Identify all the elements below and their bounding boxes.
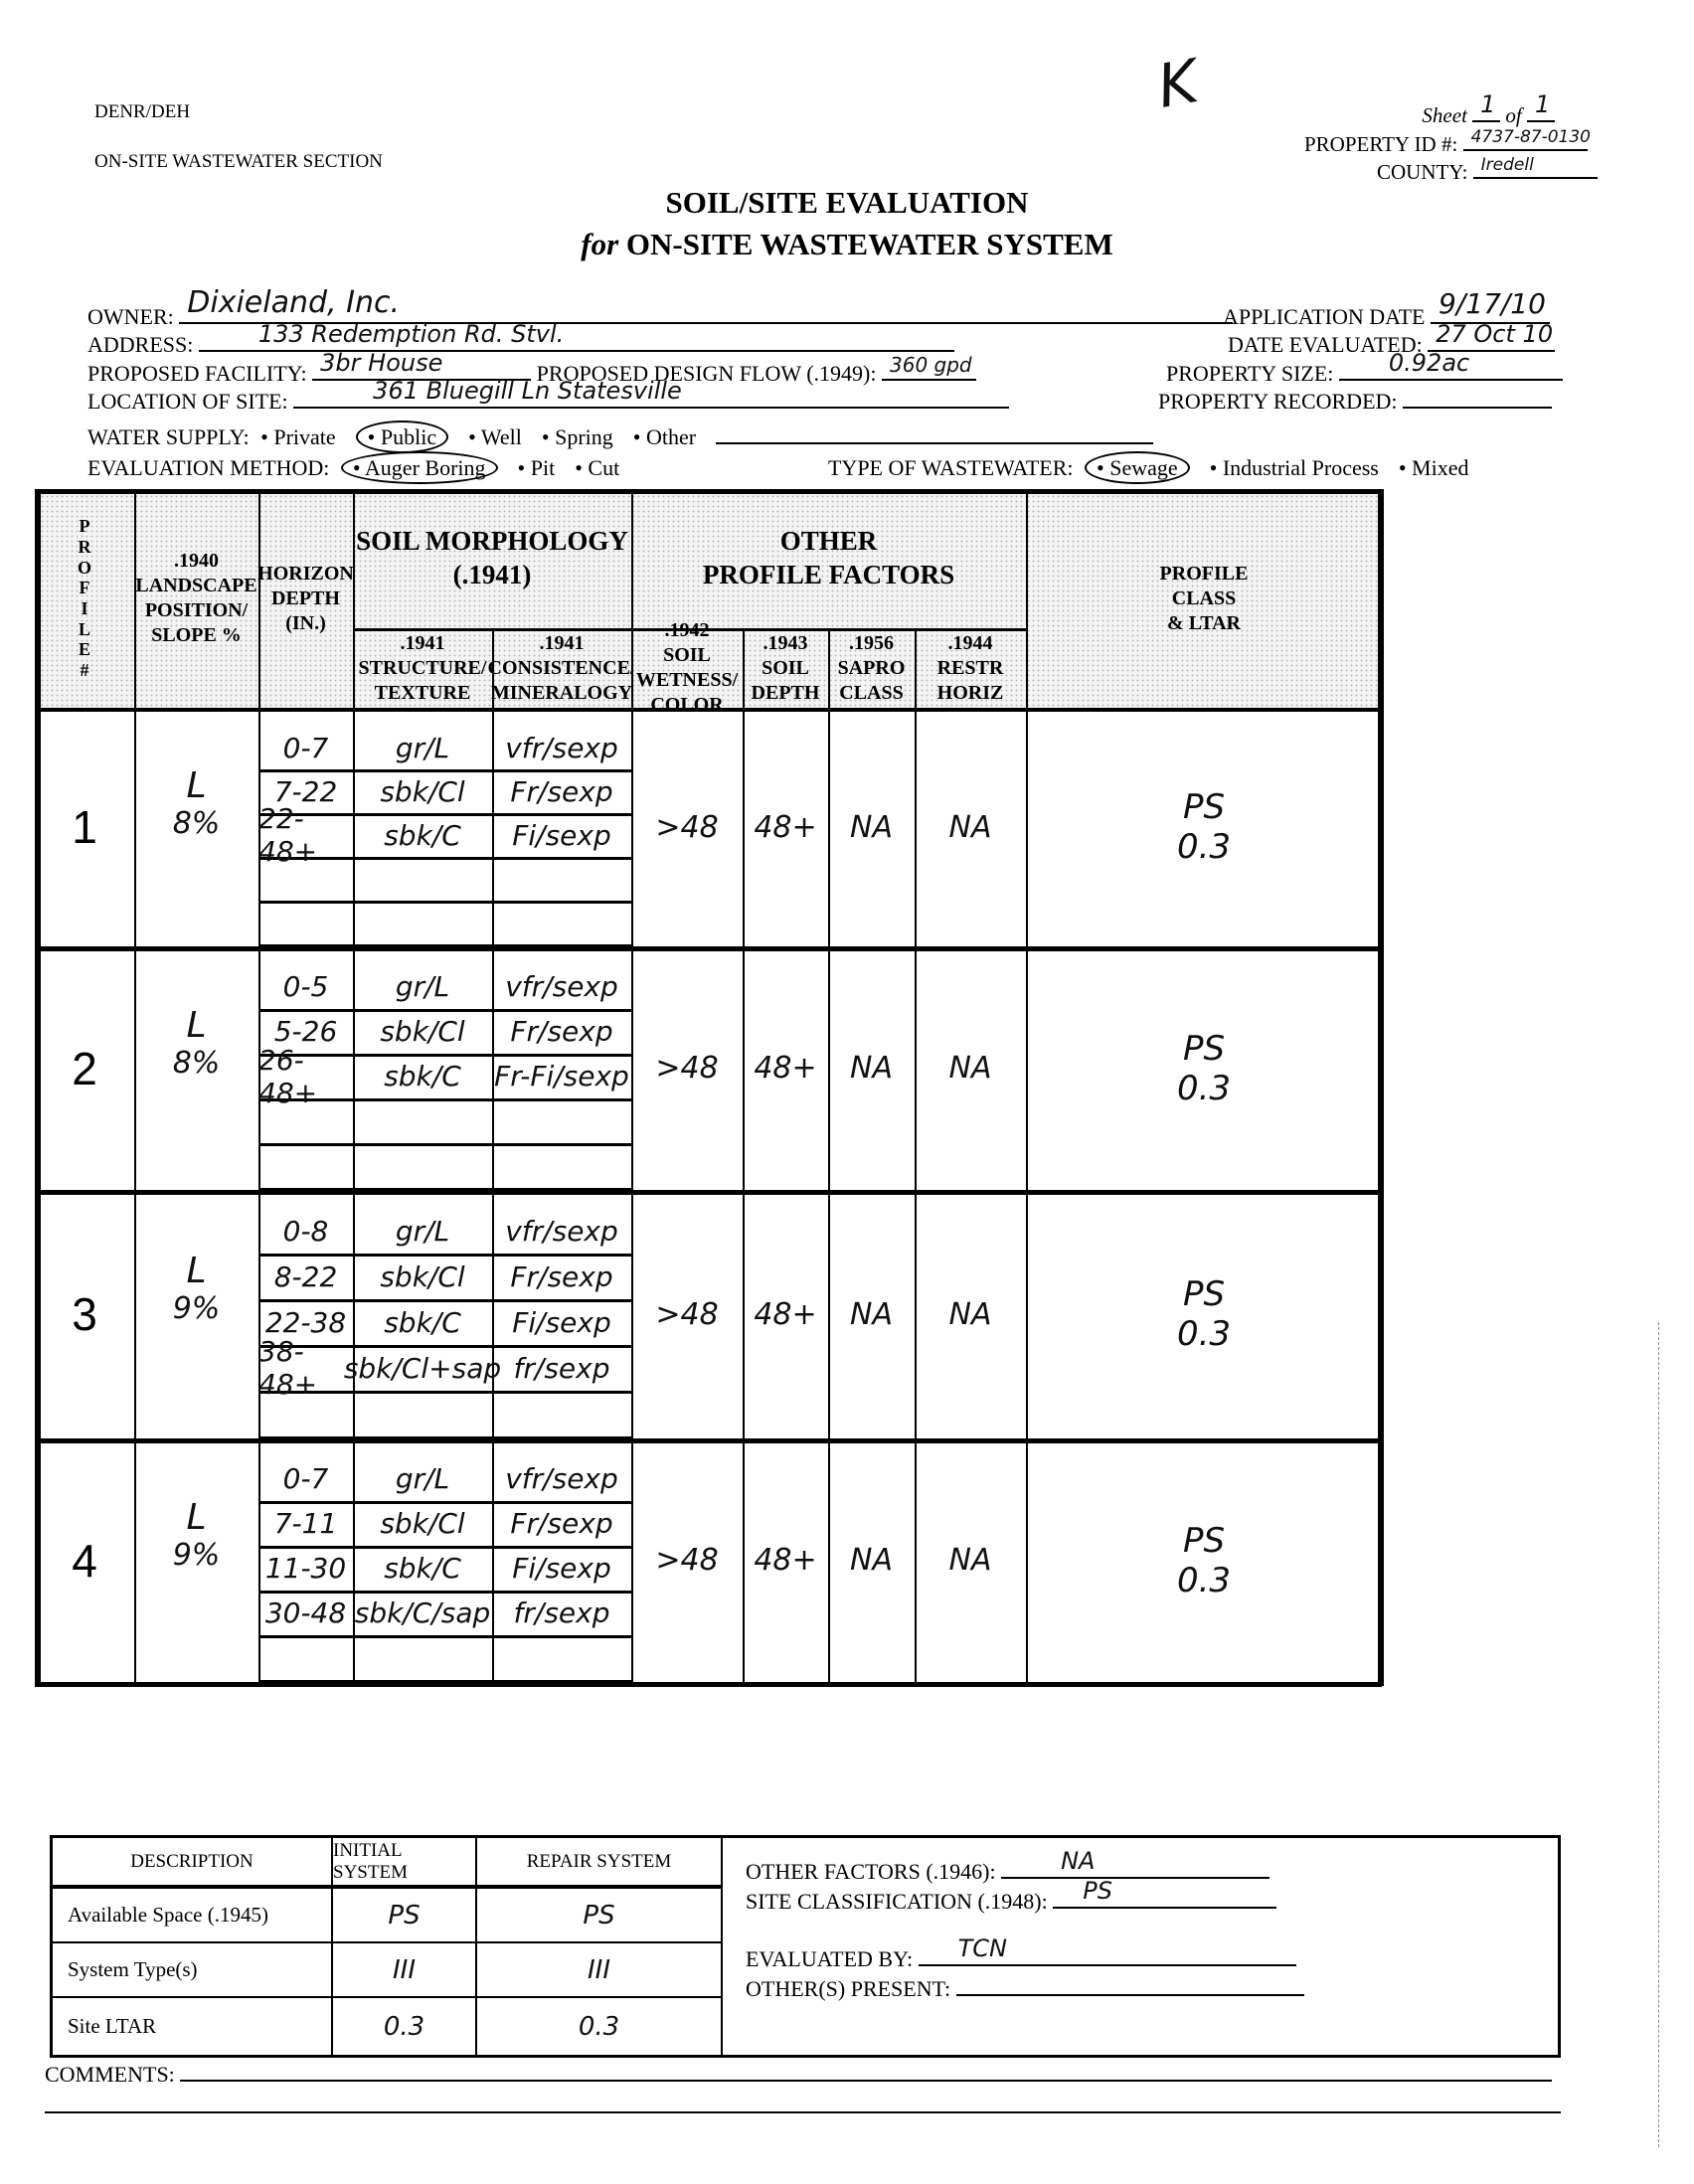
system-summary-table: DESCRIPTION INITIAL SYSTEM REPAIR SYSTEM… [50,1835,1561,2058]
restr-horiz-cell[interactable]: NA [915,946,1026,1190]
eval-option-auger-boring[interactable]: • Auger Boring [341,455,498,480]
profile-ltar: 0.3 [1177,1314,1231,1354]
water-option-public[interactable]: • Public [356,424,448,449]
owner-value[interactable]: Dixieland, Inc. [187,285,400,320]
page-subtitle: for ON-SITE WASTEWATER SYSTEM [0,227,1694,262]
property-recorded-field: PROPERTY RECORDED: [1158,383,1552,415]
evaluated-by-value[interactable]: TCN [958,1934,1007,1962]
repair-system-value[interactable]: PS [477,1889,721,1941]
profile-class-ltar-cell[interactable]: PS0.3 [1026,946,1382,1190]
grid-line [258,1436,631,1439]
structure-texture-cell[interactable]: sbk/C [353,813,492,857]
initial-system-value[interactable]: III [333,1943,475,1996]
location-value[interactable]: 361 Bluegill Ln Statesville [373,377,682,405]
design-flow-value[interactable]: 360 gpd [890,353,972,377]
header-horizon-depth: HORIZONDEPTH(IN.) [258,489,353,708]
initials-mark: K [1152,47,1203,122]
header-sapro-class: .1956SAPROCLASS [828,628,915,708]
summary-row-label: Available Space (.1945) [68,1889,331,1941]
structure-texture-cell[interactable]: sbk/C [353,1546,492,1591]
consistence-mineralogy-cell[interactable] [492,1098,631,1143]
app-date-value[interactable]: 9/17/10 [1439,287,1546,320]
landscape-position: L [186,1005,206,1046]
comments-field: COMMENTS: [45,2060,1552,2088]
water-option-spring[interactable]: • Spring [542,424,613,449]
col-description: DESCRIPTION [53,1838,331,1885]
structure-texture-cell[interactable] [353,1098,492,1143]
structure-texture-cell[interactable] [353,901,492,944]
other-factors-field: OTHER FACTORS (.1946): NA [746,1855,1270,1885]
property-size-value[interactable]: 0.92ac [1389,349,1469,377]
summary-row-label: Site LTAR [68,1998,331,2055]
structure-texture-cell[interactable]: sbk/C [353,1299,492,1345]
grid-line [35,1682,1382,1687]
landscape-position: L [186,1497,206,1538]
address-value[interactable]: 133 Redemption Rd. Stvl. [258,320,564,348]
soil-evaluation-table: PROFILE#.1940LANDSCAPEPOSITION/SLOPE %HO… [35,489,1392,1805]
consistence-mineralogy-cell[interactable]: fr/sexp [492,1591,631,1635]
wastewater-option-sewage[interactable]: • Sewage [1085,455,1190,480]
consistence-mineralogy-cell[interactable]: vfr/sexp [492,1208,631,1254]
soil-depth-cell[interactable]: 48+ [743,1438,828,1682]
structure-texture-cell[interactable] [353,1635,492,1680]
profile-class: PS [1183,787,1225,827]
facility-value[interactable]: 3br House [320,349,442,377]
slope-percent: 8% [173,806,221,841]
restr-horiz-cell[interactable]: NA [915,708,1026,946]
eval-option-pit[interactable]: • Pit [518,455,556,480]
structure-texture-cell[interactable]: gr/L [353,726,492,769]
landscape-slope-cell[interactable]: L9% [134,1220,258,1357]
soil-wetness-cell[interactable]: >48 [631,1438,743,1682]
landscape-slope-cell[interactable]: L9% [134,1468,258,1602]
horizon-depth-cell[interactable]: 0-7 [258,1456,353,1501]
water-supply-field: WATER SUPPLY: • Private• Public• Well• S… [87,422,1153,450]
col-initial-system: INITIAL SYSTEM [333,1838,475,1885]
horizon-depth-cell[interactable]: 22-48+ [258,813,353,857]
wastewater-option-mixed[interactable]: • Mixed [1399,455,1469,480]
consistence-mineralogy-cell[interactable]: vfr/sexp [492,726,631,769]
landscape-position: L [186,1251,206,1291]
header-restr-horiz: .1944RESTRHORIZ [915,628,1026,708]
profile-number: 4 [35,1438,134,1682]
soil-depth-cell[interactable]: 48+ [743,946,828,1190]
header-profile-number: PROFILE# [35,489,134,708]
slope-percent: 9% [173,1291,221,1326]
horizon-depth-cell[interactable] [258,1143,353,1188]
structure-texture-cell[interactable]: sbk/Cl [353,1501,492,1546]
profile-number: 2 [35,946,134,1190]
structure-texture-cell[interactable]: gr/L [353,964,492,1009]
profile-number: 1 [35,708,134,946]
horizon-depth-cell[interactable]: 0-5 [258,964,353,1009]
structure-texture-cell[interactable]: sbk/Cl+sap [353,1345,492,1391]
structure-texture-cell[interactable]: sbk/C/sap [353,1591,492,1635]
water-option-private[interactable]: • Private [260,424,336,449]
consistence-mineralogy-cell[interactable]: Fr/sexp [492,1501,631,1546]
profile-ltar: 0.3 [1177,827,1231,867]
header-soil-depth: .1943SOILDEPTH [743,628,828,708]
soil-wetness-cell[interactable]: >48 [631,708,743,946]
profile-class-ltar-cell[interactable]: PS0.3 [1026,708,1382,946]
consistence-mineralogy-cell[interactable]: fr/sexp [492,1345,631,1391]
profile-class-ltar-cell[interactable]: PS0.3 [1026,1438,1382,1682]
soil-depth-cell[interactable]: 48+ [743,1190,828,1438]
horizon-depth-cell[interactable] [258,1098,353,1143]
grid-line [35,489,1382,494]
horizon-depth-cell[interactable]: 11-30 [258,1546,353,1591]
consistence-mineralogy-cell[interactable]: Fi/sexp [492,1546,631,1591]
sapro-class-cell[interactable]: NA [828,1438,915,1682]
structure-texture-cell[interactable]: gr/L [353,1456,492,1501]
consistence-mineralogy-cell[interactable]: Fr-Fi/sexp [492,1054,631,1098]
repair-system-value[interactable]: III [477,1943,721,1996]
horizon-depth-cell[interactable]: 0-7 [258,726,353,769]
consistence-mineralogy-cell[interactable]: vfr/sexp [492,1456,631,1501]
grid-line [258,944,631,947]
grid-line [258,1680,631,1683]
other-factors-value[interactable]: NA [1061,1847,1095,1875]
sheet-indicator: Sheet 1 of 1 [1422,94,1555,128]
slope-percent: 8% [173,1046,221,1081]
consistence-mineralogy-cell[interactable]: vfr/sexp [492,964,631,1009]
col-repair-system: REPAIR SYSTEM [477,1838,721,1885]
structure-texture-cell[interactable] [353,1391,492,1436]
consistence-mineralogy-cell[interactable] [492,901,631,944]
address-field: ADDRESS: 133 Redemption Rd. Stvl. [87,326,954,358]
initial-system-value[interactable]: PS [333,1889,475,1941]
sheet-total[interactable]: 1 [1535,90,1550,118]
section-label: ON-SITE WASTEWATER SECTION [94,151,383,173]
page-title: SOIL/SITE EVALUATION [0,185,1694,221]
landscape-slope-cell[interactable]: L8% [134,738,258,869]
sapro-class-cell[interactable]: NA [828,708,915,946]
wastewater-type-field: TYPE OF WASTEWATER: • Sewage• Industrial… [828,455,1483,481]
date-evaluated-value[interactable]: 27 Oct 10 [1436,320,1553,348]
horizon-depth-cell[interactable]: 26-48+ [258,1054,353,1098]
consistence-mineralogy-cell[interactable]: Fr/sexp [492,1254,631,1299]
sapro-class-cell[interactable]: NA [828,946,915,1190]
horizon-depth-cell[interactable] [258,1391,353,1436]
consistence-mineralogy-cell[interactable] [492,1143,631,1188]
property-id-label: PROPERTY ID #: [1304,132,1457,156]
grid-line [258,1188,631,1191]
header-soil-morphology: SOIL MORPHOLOGY(.1941) [353,489,631,628]
site-classification-field: SITE CLASSIFICATION (.1948): PS [746,1885,1276,1915]
sheet-num[interactable]: 1 [1480,90,1495,118]
horizon-depth-cell[interactable]: 8-22 [258,1254,353,1299]
header-profile-class-ltar: PROFILECLASS& LTAR [1026,489,1382,708]
structure-texture-cell[interactable]: sbk/Cl [353,1009,492,1054]
water-option-other[interactable]: • Other [633,424,696,449]
consistence-mineralogy-cell[interactable]: Fi/sexp [492,1299,631,1345]
agency-label: DENR/DEH [94,101,190,123]
scan-edge [1658,1322,1659,2147]
water-option-well[interactable]: • Well [468,424,522,449]
consistence-mineralogy-cell[interactable]: Fr/sexp [492,1009,631,1054]
structure-texture-cell[interactable] [353,1143,492,1188]
horizon-depth-cell[interactable]: 0-8 [258,1208,353,1254]
initial-system-value[interactable]: 0.3 [333,1998,475,2055]
soil-depth-cell[interactable]: 48+ [743,708,828,946]
consistence-mineralogy-cell[interactable] [492,857,631,901]
site-classification-value[interactable]: PS [1083,1877,1112,1905]
horizon-depth-cell[interactable]: 30-48 [258,1591,353,1635]
header-consistence-mineralogy: .1941CONSISTENCE/MINERALOGY [492,628,631,708]
profile-ltar: 0.3 [1177,1561,1231,1600]
structure-texture-cell[interactable]: sbk/C [353,1054,492,1098]
evaluated-by-field: EVALUATED BY: TCN [746,1942,1296,1972]
profile-class: PS [1183,1029,1225,1069]
horizon-depth-cell[interactable] [258,901,353,944]
header-structure-texture: .1941STRUCTURE/TEXTURE [353,628,492,708]
restr-horiz-cell[interactable]: NA [915,1190,1026,1438]
soil-wetness-cell[interactable]: >48 [631,1190,743,1438]
horizon-depth-cell[interactable]: 38-48+ [258,1345,353,1391]
others-present-field: OTHER(S) PRESENT: [746,1972,1304,2002]
slope-percent: 9% [173,1538,221,1573]
property-id-value[interactable]: 4737-87-0130 [1471,127,1591,147]
structure-texture-cell[interactable]: sbk/Cl [353,769,492,813]
summary-row-label: System Type(s) [68,1943,331,1996]
wastewater-option-industrial-process[interactable]: • Industrial Process [1210,455,1379,480]
consistence-mineralogy-cell[interactable]: Fi/sexp [492,813,631,857]
county-label: COUNTY: [1377,160,1467,184]
sapro-class-cell[interactable]: NA [828,1190,915,1438]
profile-class: PS [1183,1521,1225,1561]
horizon-depth-cell[interactable] [258,1635,353,1680]
header-landscape: .1940LANDSCAPEPOSITION/SLOPE % [134,489,258,708]
horizon-depth-cell[interactable] [258,857,353,901]
profile-ltar: 0.3 [1177,1069,1231,1108]
horizon-depth-cell[interactable]: 7-11 [258,1501,353,1546]
county-value[interactable]: Iredell [1481,155,1534,175]
landscape-position: L [186,765,206,806]
evaluation-method-field: EVALUATION METHOD: • Auger Boring• Pit• … [87,455,633,481]
header-other-profile-factors: OTHERPROFILE FACTORS [631,489,1026,628]
eval-option-cut[interactable]: • Cut [575,455,619,480]
location-field: LOCATION OF SITE: 361 Bluegill Ln States… [87,383,1009,415]
consistence-mineralogy-cell[interactable]: Fr/sexp [492,769,631,813]
soil-wetness-cell[interactable]: >48 [631,946,743,1190]
consistence-mineralogy-cell[interactable] [492,1635,631,1680]
repair-system-value[interactable]: 0.3 [477,1998,721,2055]
landscape-slope-cell[interactable]: L8% [134,976,258,1110]
profile-number: 3 [35,1190,134,1438]
property-id-row: PROPERTY ID #: 4737-87-0130 [1304,127,1588,157]
sheet-of-label: of [1505,103,1521,127]
header-soil-wetness: .1942SOILWETNESS/COLOR [631,628,743,708]
structure-texture-cell[interactable]: sbk/Cl [353,1254,492,1299]
consistence-mineralogy-cell[interactable] [492,1391,631,1436]
structure-texture-cell[interactable] [353,857,492,901]
profile-class-ltar-cell[interactable]: PS0.3 [1026,1190,1382,1438]
structure-texture-cell[interactable]: gr/L [353,1208,492,1254]
restr-horiz-cell[interactable]: NA [915,1438,1026,1682]
county-row: COUNTY: Iredell [1377,155,1598,185]
sheet-label: Sheet [1422,103,1466,127]
profile-class: PS [1183,1274,1225,1314]
